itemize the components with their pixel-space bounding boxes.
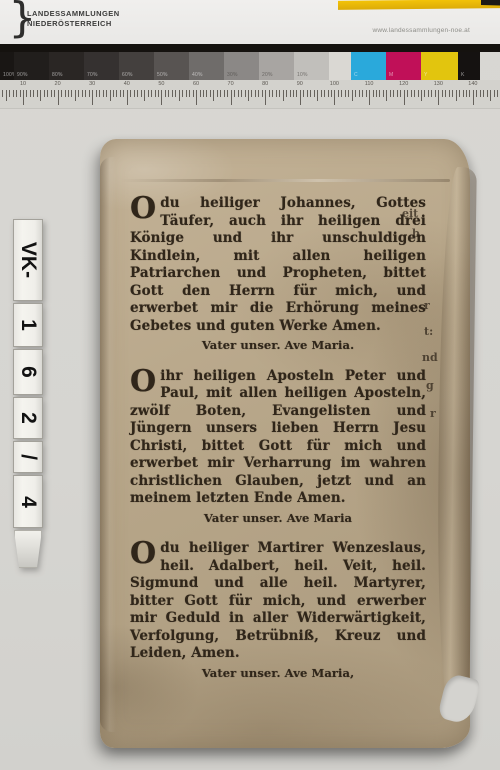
calibration-patch-70%: 70% (84, 52, 119, 80)
ruler-tick (300, 90, 301, 105)
ruler-tick (165, 90, 166, 97)
ruler-tick (359, 90, 360, 97)
ruler-tick (99, 90, 100, 97)
ruler-tick (130, 90, 131, 97)
ruler-tick (16, 90, 17, 97)
ruler-tick (469, 90, 470, 97)
ruler-tick (37, 90, 38, 97)
edge-text-fragment: t: (424, 325, 433, 338)
edge-text-fragment: r (424, 299, 430, 312)
ruler-tick (30, 90, 31, 97)
ruler-tick (13, 90, 14, 97)
ruler-tick (213, 90, 214, 101)
ruler-tick (421, 90, 422, 101)
ruler-tick (255, 90, 256, 97)
ruler-tick (120, 90, 121, 97)
ruler-tick (438, 90, 439, 105)
ruler-tick (172, 90, 173, 97)
ruler-tick (293, 90, 294, 97)
patch-label: 80% (52, 72, 63, 78)
ruler-tick (106, 90, 107, 97)
ruler-tick (54, 90, 55, 97)
ruler-tick (186, 90, 187, 97)
ruler-tick (193, 90, 194, 97)
ruler-tick (116, 90, 117, 97)
ruler-tick (2, 90, 3, 97)
header-band: } LANDESSAMMLUNGEN NIEDERÖSTERREICH www.… (0, 0, 500, 44)
ruler-tick (317, 90, 318, 101)
ruler-tick (61, 90, 62, 97)
ruler-tick (400, 90, 401, 97)
label-tile-text: / (16, 454, 40, 460)
ruler-number: 130 (434, 81, 443, 87)
prayer-paragraph: Odu heiliger Johannes, Gottes Täufer, au… (130, 195, 426, 335)
ruler-tick (210, 90, 211, 97)
drop-cap: O (130, 542, 156, 566)
ruler-tick (445, 90, 446, 97)
calibration-patch-40%: 40% (189, 52, 224, 80)
label-tile: 2 (13, 397, 43, 439)
calibration-patch-100%: 100% (0, 52, 14, 80)
ruler-tick (234, 90, 235, 97)
ruler-tick (321, 90, 322, 97)
calibration-black-bar (0, 44, 500, 52)
paper-crease (120, 179, 450, 182)
ruler-tick (227, 90, 228, 97)
ruler-tick (89, 90, 90, 97)
ruler-tick (480, 90, 481, 97)
ruler-tick (355, 90, 356, 97)
ruler-tick (137, 90, 138, 97)
ruler-tick (456, 90, 457, 101)
paper-right-fold (435, 167, 477, 707)
edge-text-fragment: b (412, 227, 420, 240)
ruler-tick (435, 90, 436, 97)
ruler-tick (144, 90, 145, 101)
edge-text-fragment: g (426, 379, 434, 392)
ruler-tick (338, 90, 339, 97)
ruler-tick (85, 90, 86, 97)
ruler-tick (200, 90, 201, 97)
ruler-tick (110, 90, 111, 101)
ruler-tick (9, 90, 10, 97)
organization-name: LANDESSAMMLUNGEN NIEDERÖSTERREICH (27, 9, 120, 28)
ruler-tick (23, 90, 24, 105)
ruler-number: 110 (365, 81, 374, 87)
patch-label: 10% (297, 72, 308, 78)
ruler-tick (431, 90, 432, 97)
ruler-tick (127, 90, 128, 105)
ruler-tick (418, 90, 419, 97)
ruler-number: 140 (468, 81, 477, 87)
calibration-patch-30%: 30% (224, 52, 259, 80)
ruler-tick (96, 90, 97, 97)
edge-text-fragment: r (430, 407, 436, 420)
ruler-tick (379, 90, 380, 97)
ruler-tick (276, 90, 277, 97)
patch-label: 20% (262, 72, 273, 78)
patch-label: 70% (87, 72, 98, 78)
ruler-number: 100 (330, 81, 339, 87)
ruler-number: 60 (193, 81, 199, 87)
drop-cap: O (130, 197, 156, 221)
ruler-tick (262, 90, 263, 97)
organization-line2: NIEDERÖSTERREICH (27, 19, 120, 29)
ruler-tick (386, 90, 387, 101)
edge-text-fragment: nd (422, 351, 438, 364)
ruler-number: 40 (124, 81, 130, 87)
ruler-tick (497, 90, 498, 97)
scale-strip-end-mark (481, 0, 500, 5)
ruler-tick (283, 90, 284, 101)
ruler-tick (473, 90, 474, 105)
ruler-tick (428, 90, 429, 97)
label-tile: / (13, 441, 43, 473)
ruler-tick (314, 90, 315, 97)
label-holder-end-cap (14, 530, 42, 568)
ruler-tick (123, 90, 124, 97)
ruler-tick (26, 90, 27, 97)
label-tile-text: 1 (16, 319, 40, 331)
ruler-tick (220, 90, 221, 97)
ruler-tick (324, 90, 325, 97)
calibration-patch-M: M (386, 52, 421, 80)
ruler-tick (404, 90, 405, 105)
ruler-number: 10 (20, 81, 26, 87)
ruler-tick (348, 90, 349, 97)
ruler-number: 120 (399, 81, 408, 87)
ruler-tick (494, 90, 495, 97)
inventory-label: VK-162/4 (11, 218, 45, 569)
calibration-patch (329, 52, 351, 80)
label-tile-text: 4 (16, 496, 40, 508)
ruler-tick (158, 90, 159, 97)
ruler-tick (345, 90, 346, 97)
label-tile: VK- (13, 219, 43, 301)
ruler-tick (238, 90, 239, 97)
ruler-tick (397, 90, 398, 97)
prayer-paragraph: Odu heiliger Martirer Wenzeslaus, heil. … (130, 540, 426, 663)
ruler-tick (463, 90, 464, 97)
prayer-book-page: Odu heiliger Johannes, Gottes Täufer, au… (100, 139, 470, 748)
label-tile: 1 (13, 303, 43, 347)
ruler-tick (241, 90, 242, 97)
label-tile: 4 (13, 475, 43, 528)
ruler-tick (449, 90, 450, 97)
ruler-tick (459, 90, 460, 97)
ruler-tick (383, 90, 384, 97)
patch-label: M (389, 72, 393, 78)
patch-label: C (354, 72, 358, 78)
ruler-tick (75, 90, 76, 101)
ruler-tick (296, 90, 297, 97)
ruler-tick (58, 90, 59, 105)
ruler-tick (78, 90, 79, 97)
ruler-tick (141, 90, 142, 97)
ruler-tick (51, 90, 52, 97)
ruler-tick (476, 90, 477, 97)
website-url: www.landessammlungen-noe.at (372, 27, 470, 34)
ruler: 102030405060708090100110120130140 (0, 80, 500, 109)
calibration-patch-90%: 90% (14, 52, 49, 80)
organization-line1: LANDESSAMMLUNGEN (27, 9, 120, 19)
ruler-tick (352, 90, 353, 101)
refrain: Vater unser. Ave Maria, (130, 665, 426, 683)
refrain: Vater unser. Ave Maria. (130, 337, 426, 355)
ruler-tick (393, 90, 394, 97)
ruler-tick (286, 90, 287, 97)
ruler-tick (334, 90, 335, 105)
drop-cap: O (130, 370, 156, 394)
label-tile-text: 6 (16, 366, 40, 378)
ruler-tick (47, 90, 48, 97)
patch-label: 50% (157, 72, 168, 78)
ruler-tick (290, 90, 291, 97)
ruler-tick (168, 90, 169, 97)
ruler-tick (251, 90, 252, 97)
ruler-tick (331, 90, 332, 97)
prayer-text: Odu heiliger Johannes, Gottes Täufer, au… (130, 195, 426, 695)
ruler-tick (390, 90, 391, 97)
ruler-tick (414, 90, 415, 97)
calibration-patch-C: C (351, 52, 386, 80)
ruler-tick (134, 90, 135, 97)
patch-label: 90% (17, 72, 28, 78)
calibration-patch-Y: Y (421, 52, 458, 80)
ruler-number: 50 (158, 81, 164, 87)
ruler-tick (33, 90, 34, 97)
ruler-tick (466, 90, 467, 97)
label-tile-text: VK- (16, 242, 40, 278)
ruler-tick (366, 90, 367, 97)
patch-label: 60% (122, 72, 133, 78)
ruler-tick (155, 90, 156, 97)
ruler-tick (175, 90, 176, 97)
ruler-tick (424, 90, 425, 97)
ruler-tick (161, 90, 162, 105)
patch-label: Y (424, 72, 428, 78)
ruler-tick (369, 90, 370, 105)
ruler-tick (245, 90, 246, 97)
ruler-tick (258, 90, 259, 97)
patch-label: K (461, 72, 465, 78)
ruler-tick (203, 90, 204, 97)
ruler-tick (148, 90, 149, 97)
refrain: Vater unser. Ave Maria (130, 510, 426, 528)
ruler-tick (442, 90, 443, 97)
ruler-tick (487, 90, 488, 97)
ruler-tick (151, 90, 152, 97)
ruler-tick (103, 90, 104, 97)
ruler-tick (231, 90, 232, 105)
ruler-tick (196, 90, 197, 105)
paper-left-fold (100, 157, 116, 732)
calibration-patch-50%: 50% (154, 52, 189, 80)
ruler-tick (279, 90, 280, 97)
label-tile-text: 2 (16, 412, 40, 424)
ruler-tick (483, 90, 484, 97)
ruler-tick (303, 90, 304, 97)
ruler-tick (328, 90, 329, 97)
photo-stage: } LANDESSAMMLUNGEN NIEDERÖSTERREICH www.… (0, 0, 500, 770)
ruler-tick (44, 90, 45, 97)
ruler-tick (407, 90, 408, 97)
calibration-strip: 100%90%80%70%60%50%40%30%20%10%CMYK (0, 52, 500, 80)
calibration-patch-20%: 20% (259, 52, 294, 80)
ruler-number: 30 (89, 81, 95, 87)
ruler-tick (68, 90, 69, 97)
ruler-tick (113, 90, 114, 97)
calibration-patch-K: K (458, 52, 480, 80)
ruler-tick (376, 90, 377, 97)
ruler-tick (82, 90, 83, 97)
edge-text-fragment: eit (402, 207, 418, 220)
ruler-tick (310, 90, 311, 97)
ruler-tick (373, 90, 374, 97)
ruler-tick (92, 90, 93, 105)
ruler-number: 80 (262, 81, 268, 87)
ruler-tick (490, 90, 491, 101)
ruler-tick (362, 90, 363, 97)
yellow-scale-strip (338, 0, 500, 10)
prayer-paragraph: Oihr heiligen Aposteln Peter und Paul, m… (130, 368, 426, 508)
patch-label: 30% (227, 72, 238, 78)
ruler-tick (307, 90, 308, 97)
ruler-tick (248, 90, 249, 101)
calibration-patch-10%: 10% (294, 52, 329, 80)
patch-label: 40% (192, 72, 203, 78)
ruler-tick (40, 90, 41, 101)
ruler-tick (452, 90, 453, 97)
ruler-tick (341, 90, 342, 97)
ruler-tick (411, 90, 412, 97)
ruler-tick (179, 90, 180, 101)
ruler-tick (20, 90, 21, 97)
ruler-tick (71, 90, 72, 97)
ruler-tick (6, 90, 7, 101)
calibration-patch-80%: 80% (49, 52, 84, 80)
ruler-tick (217, 90, 218, 97)
ruler-number: 70 (228, 81, 234, 87)
ruler-number: 20 (55, 81, 61, 87)
ruler-tick (189, 90, 190, 97)
ruler-tick (182, 90, 183, 97)
ruler-number: 90 (297, 81, 303, 87)
label-tile: 6 (13, 349, 43, 395)
ruler-tick (224, 90, 225, 97)
ruler-tick (206, 90, 207, 97)
ruler-tick (265, 90, 266, 105)
ruler-tick (269, 90, 270, 97)
ruler-tick (65, 90, 66, 97)
calibration-patch-60%: 60% (119, 52, 154, 80)
ruler-tick (272, 90, 273, 97)
